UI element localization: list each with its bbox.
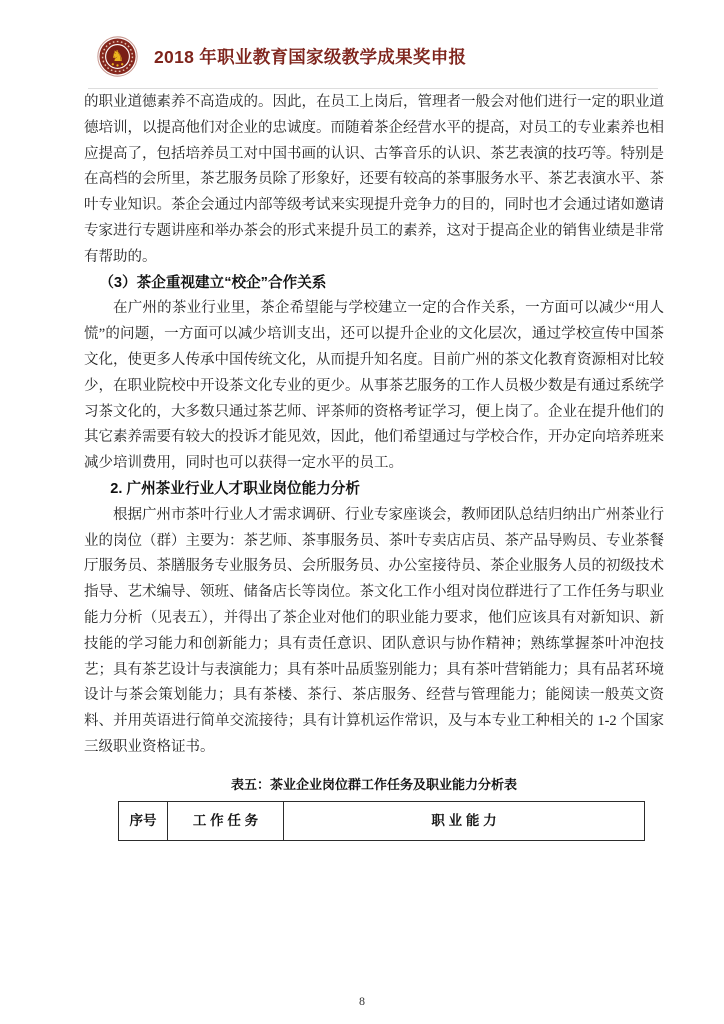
column-header-professional-ability: 职 业 能 力: [284, 801, 645, 840]
table-caption: 表五：茶业企业岗位群工作任务及职业能力分析表: [84, 776, 664, 794]
heading-post-ability-analysis: 2. 广州茶业行业人才职业岗位能力分析: [84, 477, 664, 503]
heading-school-enterprise-cooperation: （3）茶企重视建立“校企”合作关系: [84, 271, 664, 297]
header-divider: [88, 88, 658, 89]
column-header-serial-number: 序号: [119, 801, 168, 840]
post-ability-analysis-table: 序号 工 作 任 务 职 业 能 力: [118, 801, 645, 841]
gold-horse-seal-icon: ♞: [97, 36, 138, 77]
document-title: 2018 年职业教育国家级教学成果奖申报: [154, 44, 466, 69]
paragraph-morality-training: 的职业道德素养不高造成的。因此，在员工上岗后，管理者一般会对他们进行一定的职业道…: [84, 90, 664, 271]
paragraph-cooperation-detail: 在广州的茶业行业里，茶企希望能与学校建立一定的合作关系，一方面可以减少“用人慌”…: [84, 296, 664, 477]
document-page: ♞ 2018 年职业教育国家级教学成果奖申报 的职业道德素养不高造成的。因此，在…: [0, 0, 724, 1024]
horse-glyph: ♞: [111, 47, 125, 65]
page-number: 8: [0, 994, 724, 1009]
column-header-work-task: 工 作 任 务: [168, 801, 284, 840]
document-body: 的职业道德素养不高造成的。因此，在员工上岗后，管理者一般会对他们进行一定的职业道…: [84, 90, 664, 841]
table-header-row: 序号 工 作 任 务 职 业 能 力: [119, 801, 645, 840]
paragraph-post-ability-detail: 根据广州市茶叶行业人才需求调研、行业专家座谈会，教师团队总结归纳出广州茶业行业的…: [84, 503, 664, 761]
page-header: ♞ 2018 年职业教育国家级教学成果奖申报: [97, 36, 466, 77]
